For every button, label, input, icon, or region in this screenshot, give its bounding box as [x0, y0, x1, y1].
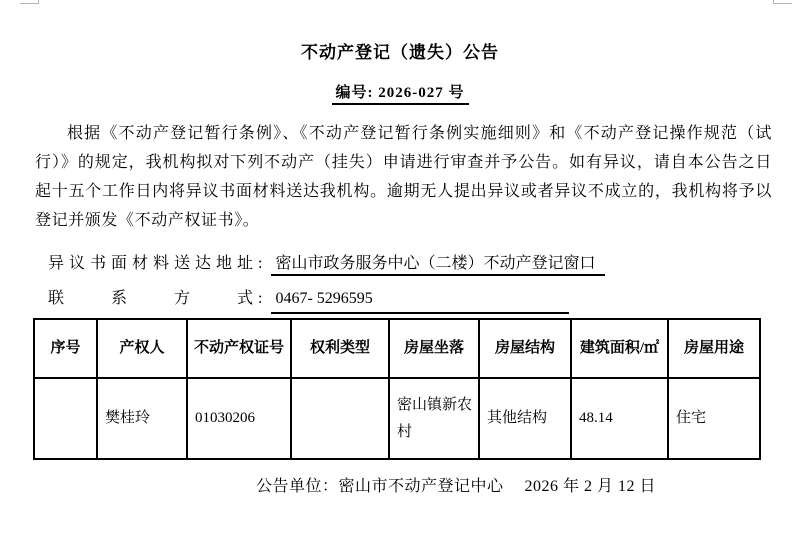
contact-label: 联 系 方 式: [48, 290, 267, 307]
header-serial-number: 序号 [34, 319, 97, 378]
paragraph-line: 起十五个工作日内将异议书面材料送达我机构。逾期无人提出异议或者异议不成立的，我机… [35, 177, 772, 206]
header-house-usage: 房屋用途 [668, 319, 760, 378]
header-house-location: 房屋坐落 [389, 319, 479, 378]
page-margin-mark-right-icon [773, 0, 792, 4]
cell-house-usage: 住宅 [668, 378, 760, 459]
header-right-type: 权利类型 [291, 319, 389, 378]
cell-right-type [291, 378, 389, 459]
property-table: 序号 产权人 不动产权证号 权利类型 房屋坐落 房屋结构 建筑面积/㎡ 房屋用途… [33, 318, 761, 460]
table-header-row: 序号 产权人 不动产权证号 权利类型 房屋坐落 房屋结构 建筑面积/㎡ 房屋用途 [34, 319, 760, 378]
page-title: 不动产登记（遗失）公告 [0, 38, 800, 63]
objection-address-value: 密山市政务服务中心（二楼）不动产登记窗口 [271, 255, 605, 276]
doc-number-line: 编号: 2026-027 号 [0, 81, 800, 105]
paragraph-line: 行）》的规定，我机构拟对下列不动产（挂失）申请进行审查并予公告。如有异议，请自本… [35, 148, 772, 177]
table-row: 樊桂玲 01030206 密山镇新农村 其他结构 48.14 住宅 [34, 378, 760, 459]
paragraph-line: 登记并颁发《不动产权证书》。 [35, 206, 772, 235]
cell-owner: 樊桂玲 [97, 378, 187, 459]
header-certificate-no: 不动产权证号 [187, 319, 291, 378]
cell-serial-number [34, 378, 97, 459]
announcement-document: 不动产登记（遗失）公告 编号: 2026-027 号 根据《不动产登记暂行条例》… [0, 0, 800, 536]
page-margin-mark-left-icon [20, 0, 39, 4]
footer-issuer-and-date: 公告单位：密山市不动产登记中心 2026 年 2 月 12 日 [0, 473, 800, 496]
header-house-structure: 房屋结构 [479, 319, 571, 378]
objection-address-label: 异议书面材料送达地址: [48, 255, 267, 272]
body-paragraph: 根据《不动产登记暂行条例》、《不动产登记暂行条例实施细则》和《不动产登记操作规范… [35, 119, 772, 235]
cell-house-structure: 其他结构 [479, 378, 571, 459]
cell-certificate-no: 01030206 [187, 378, 291, 459]
header-floor-area: 建筑面积/㎡ [571, 319, 668, 378]
doc-number-value: 编号: 2026-027 号 [332, 81, 469, 105]
contact-line: 联 系 方 式: 0467- 5296595 [48, 288, 800, 314]
header-owner: 产权人 [97, 319, 187, 378]
contact-value: 0467- 5296595 [271, 288, 569, 314]
cell-house-location: 密山镇新农村 [389, 378, 479, 459]
objection-address-line: 异议书面材料送达地址: 密山市政务服务中心（二楼）不动产登记窗口 [48, 253, 800, 275]
paragraph-line: 根据《不动产登记暂行条例》、《不动产登记暂行条例实施细则》和《不动产登记操作规范… [35, 119, 772, 148]
cell-floor-area: 48.14 [571, 378, 668, 459]
